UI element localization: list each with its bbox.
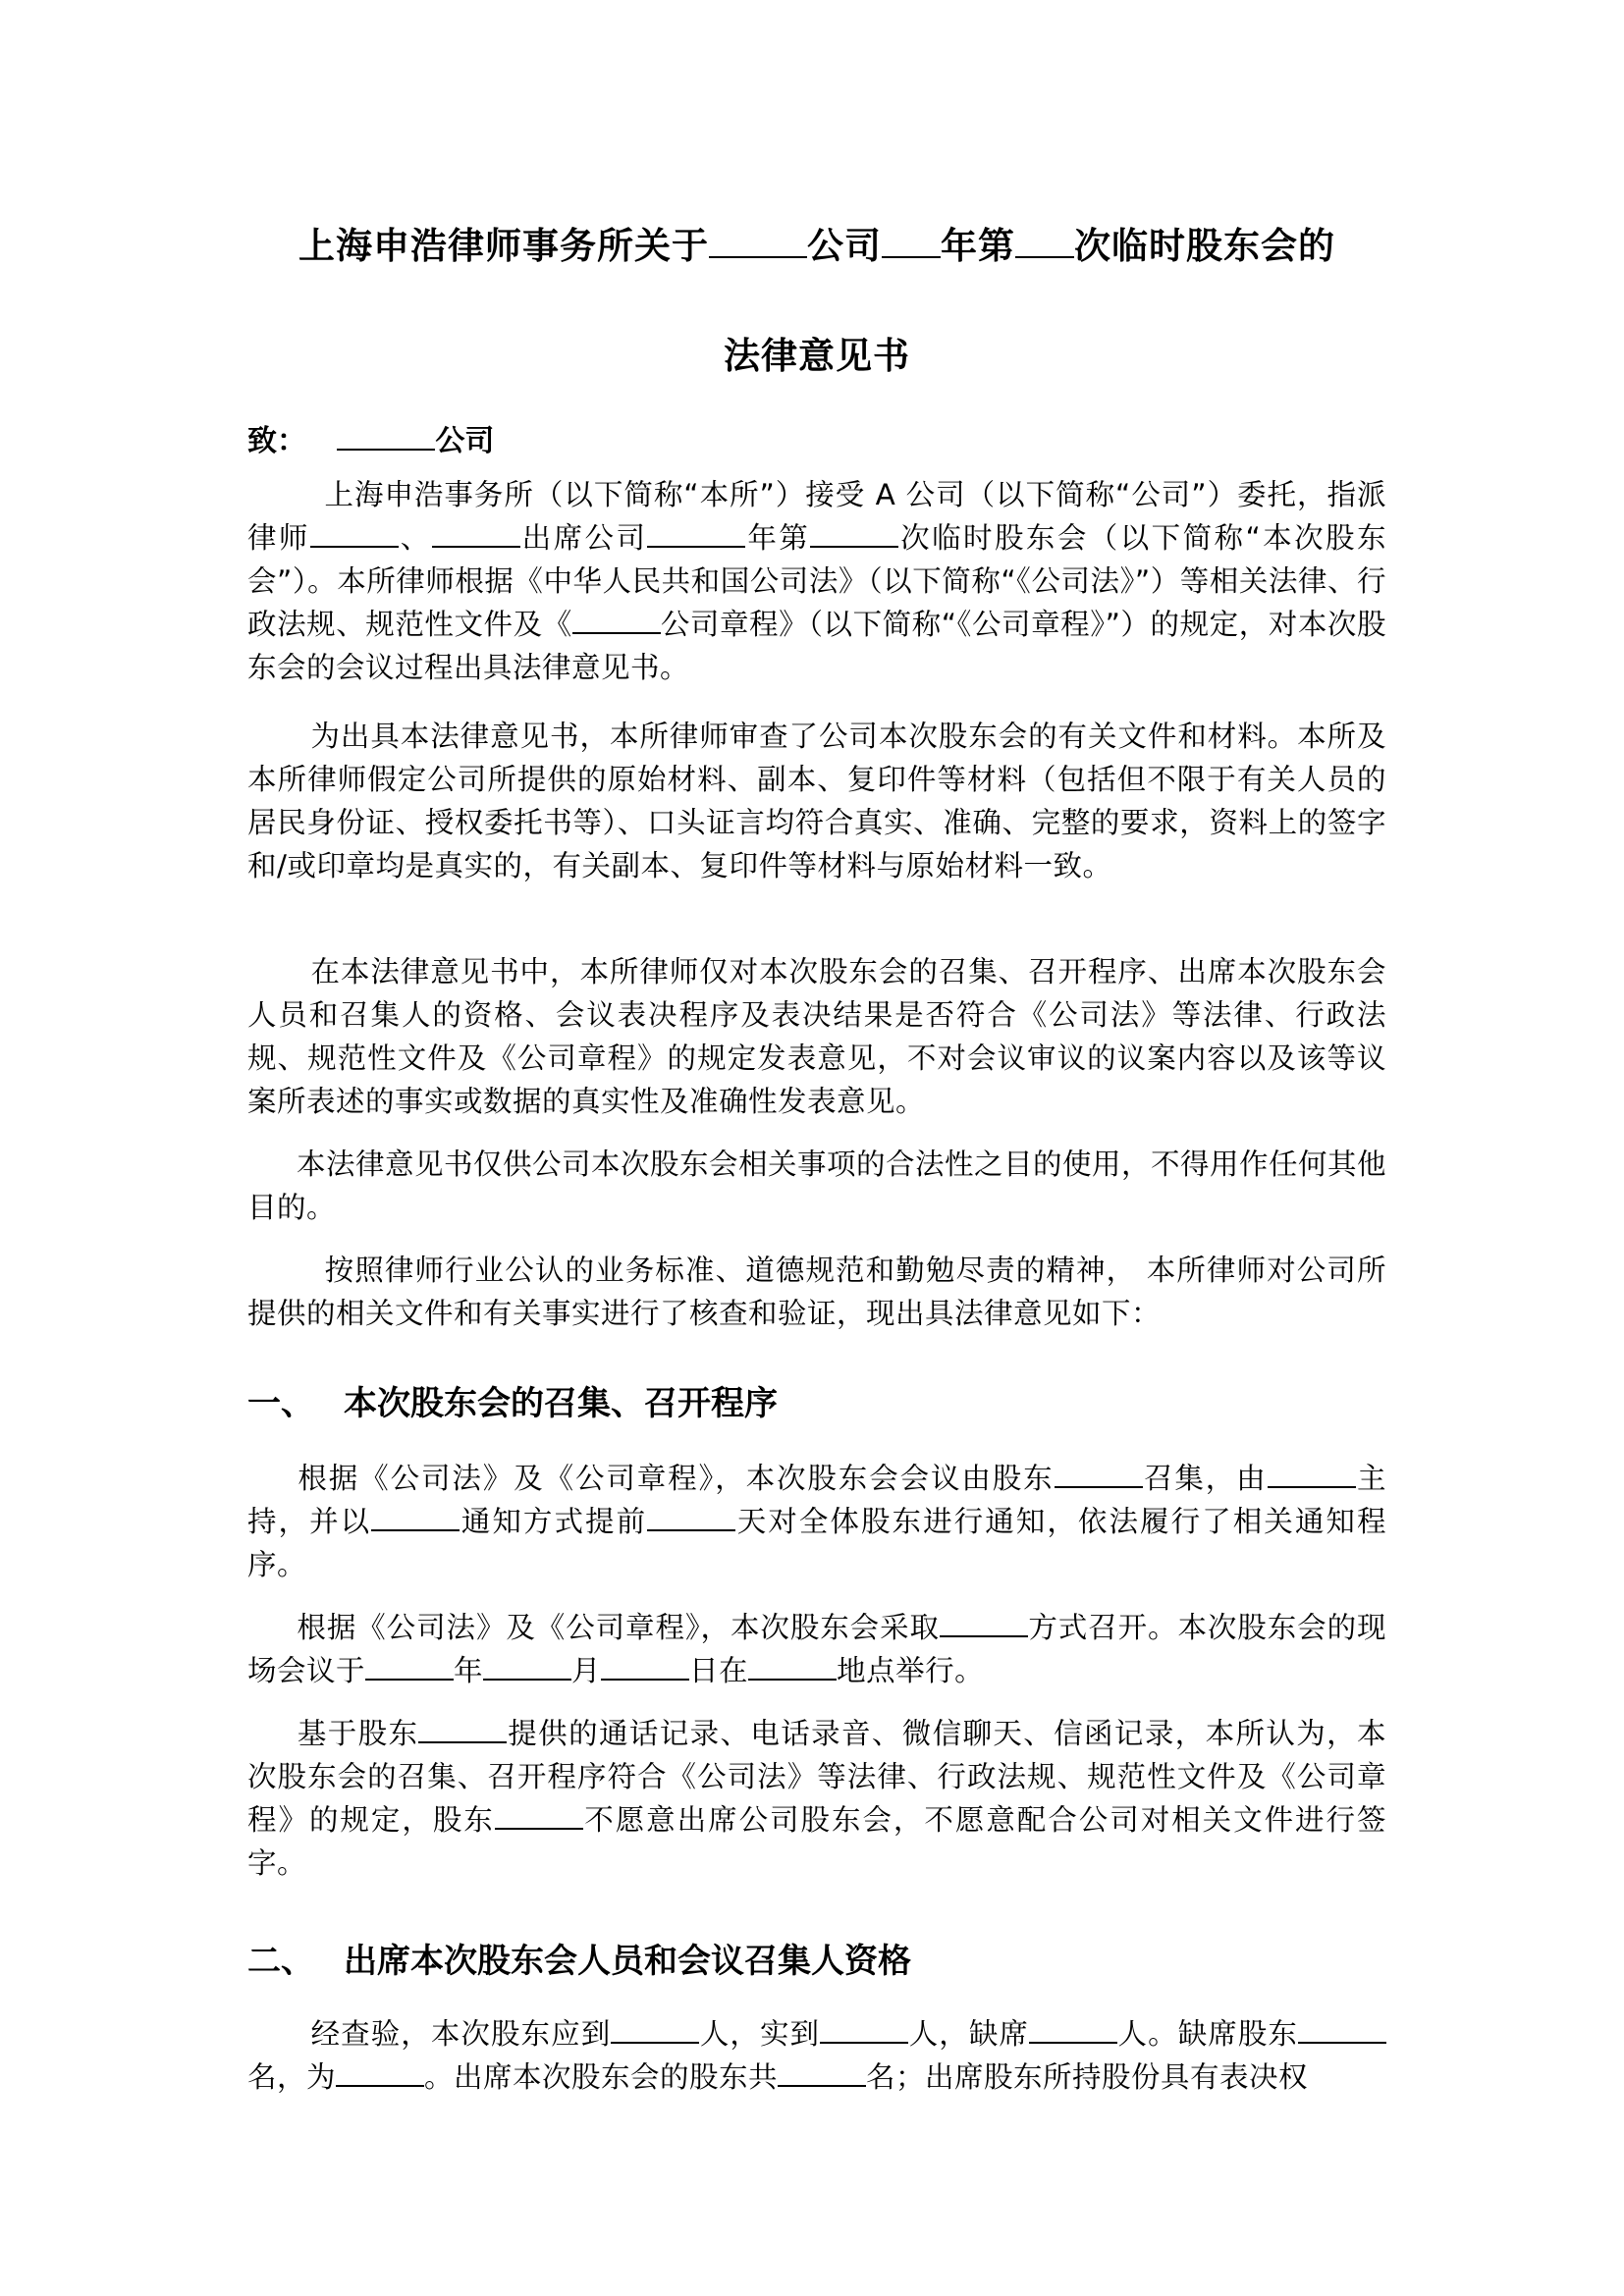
title-text: 公司 [807, 225, 882, 267]
title-text: 上海申浩律师事务所关于 [298, 225, 709, 267]
blank-session[interactable] [1015, 227, 1074, 258]
blank-notice-days[interactable] [647, 1500, 735, 1531]
blank-addressee-company[interactable] [337, 419, 435, 451]
section1-paragraph-convening: 根据《公司法》及《公司章程》，本次股东会会议由股东召集，由主持，并以通知方式提前… [247, 1457, 1386, 1586]
blank-meeting-day[interactable] [601, 1649, 689, 1681]
blank-actual-count[interactable] [820, 2012, 908, 2044]
blank-convener[interactable] [1055, 1457, 1143, 1488]
blank-absent-count[interactable] [1029, 2012, 1117, 2044]
paragraph-purpose: 本法律意见书仅供公司本次股东会相关事项的合法性之目的使用，不得用作任何其他目的。 [247, 1143, 1386, 1229]
document-title-line2: 法律意见书 [247, 326, 1386, 379]
blank-meeting-year[interactable] [365, 1649, 454, 1681]
blank-notice-method[interactable] [371, 1500, 460, 1531]
blank-shareholder[interactable] [418, 1712, 507, 1743]
blank-session[interactable] [810, 516, 898, 548]
addressee-label: 致： [247, 424, 306, 458]
paragraph-scope: 在本法律意见书中，本所律师仅对本次股东会的召集、召开程序、出席本次股东会人员和召… [247, 950, 1386, 1123]
addressee-suffix: 公司 [435, 424, 494, 458]
section-heading-1: 一、本次股东会的召集、召开程序 [247, 1376, 778, 1424]
blank-absent-shareholders[interactable] [1298, 2012, 1386, 2044]
title-text: 次临时股东会的 [1074, 225, 1335, 267]
section2-paragraph-attendance: 经查验，本次股东应到人，实到人，缺席人。缺席股东名，为。出席本次股东会的股东共名… [247, 2012, 1386, 2099]
section1-paragraph-meeting: 根据《公司法》及《公司章程》，本次股东会采取方式召开。本次股东会的现场会议于年月… [247, 1606, 1386, 1692]
paragraph-review: 为出具本法律意见书，本所律师审查了公司本次股东会的有关文件和材料。本所及本所律师… [247, 715, 1386, 887]
document-title-line1: 上海申浩律师事务所关于公司年第次临时股东会的 [247, 216, 1386, 269]
blank-expected-count[interactable] [611, 2012, 699, 2044]
blank-absent-names[interactable] [336, 2056, 424, 2087]
blank-meeting-place[interactable] [748, 1649, 837, 1681]
section1-paragraph-conclusion: 基于股东提供的通话记录、电话录音、微信聊天、信函记录，本所认为，本次股东会的召集… [247, 1712, 1386, 1885]
title-text: 年第 [941, 225, 1015, 267]
section-heading-2: 二、出席本次股东会人员和会议召集人资格 [247, 1934, 911, 1982]
blank-year[interactable] [882, 227, 941, 258]
blank-chair[interactable] [1268, 1457, 1356, 1488]
blank-lawyer-1[interactable] [310, 516, 399, 548]
blank-company[interactable] [709, 227, 807, 258]
paragraph-intro: 上海申浩事务所（以下简称“本所”）接受 A 公司（以下简称“公司”）委托，指派律… [247, 473, 1386, 689]
blank-absent-shareholder[interactable] [495, 1798, 583, 1830]
paragraph-opinion-intro: 按照律师行业公认的业务标准、道德规范和勤勉尽责的精神， 本所律师对公司所提供的相… [247, 1249, 1386, 1335]
addressee: 致： 公司 [247, 416, 494, 459]
blank-company-charter[interactable] [572, 603, 661, 634]
blank-meeting-month[interactable] [483, 1649, 571, 1681]
blank-year[interactable] [647, 516, 745, 548]
blank-attending-count[interactable] [778, 2056, 866, 2087]
blank-meeting-method[interactable] [940, 1606, 1028, 1637]
blank-lawyer-2[interactable] [432, 516, 520, 548]
